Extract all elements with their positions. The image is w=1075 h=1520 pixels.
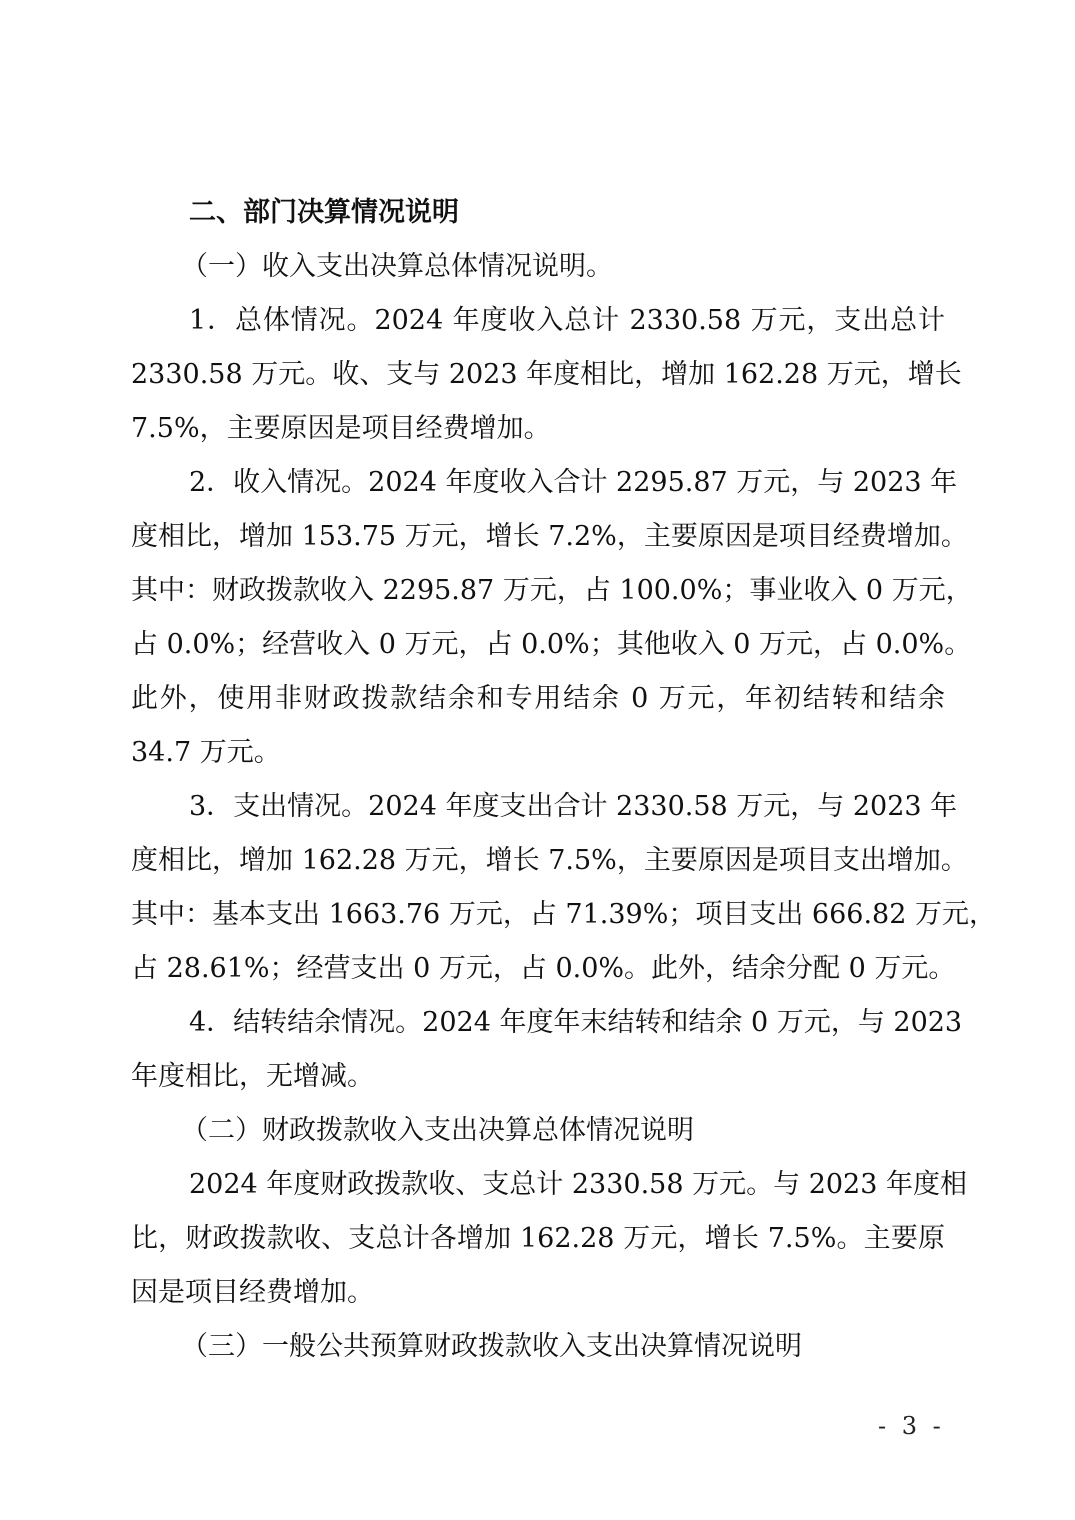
text-line: 2024 年度财政拨款收、支总计 2330.58 万元。与 2023 年度相 bbox=[131, 1158, 945, 1212]
paragraph-expenditure: 3．支出情况。2024 年度支出合计 2330.58 万元，与 2023 年 度… bbox=[131, 780, 945, 996]
text-line: 其中：财政拨款收入 2295.87 万元，占 100.0%；事业收入 0 万元， bbox=[131, 564, 945, 618]
text-line: 34.7 万元。 bbox=[131, 726, 945, 780]
text-line: 2330.58 万元。收、支与 2023 年度相比，增加 162.28 万元，增… bbox=[131, 348, 945, 402]
paragraph-income: 2．收入情况。2024 年度收入合计 2295.87 万元，与 2023 年 度… bbox=[131, 456, 945, 780]
text-line: 其中：基本支出 1663.76 万元，占 71.39%；项目支出 666.82 … bbox=[131, 888, 945, 942]
subsection-title-1: （一）收入支出决算总体情况说明。 bbox=[131, 240, 945, 294]
paragraph-overall: 1．总体情况。2024 年度收入总计 2330.58 万元，支出总计 2330.… bbox=[131, 294, 945, 456]
text-line: 2．收入情况。2024 年度收入合计 2295.87 万元，与 2023 年 bbox=[131, 456, 945, 510]
text-line: 比，财政拨款收、支总计各增加 162.28 万元，增长 7.5%。主要原 bbox=[131, 1212, 945, 1266]
subsection-title-2: （二）财政拨款收入支出决算总体情况说明 bbox=[131, 1104, 945, 1158]
text-line: 年度相比，无增减。 bbox=[131, 1050, 945, 1104]
text-line: 占 28.61%；经营支出 0 万元，占 0.0%。此外，结余分配 0 万元。 bbox=[131, 942, 945, 996]
text-line: 7.5%，主要原因是项目经费增加。 bbox=[131, 402, 945, 456]
document-page: 二、部门决算情况说明 （一）收入支出决算总体情况说明。 1．总体情况。2024 … bbox=[131, 186, 945, 1374]
text-line: 4．结转结余情况。2024 年度年末结转和结余 0 万元，与 2023 bbox=[131, 996, 945, 1050]
text-line: 占 0.0%；经营收入 0 万元，占 0.0%；其他收入 0 万元，占 0.0%… bbox=[131, 618, 945, 672]
text-line: 因是项目经费增加。 bbox=[131, 1266, 945, 1320]
text-line: 此外，使用非财政拨款结余和专用结余 0 万元，年初结转和结余 bbox=[131, 672, 945, 726]
paragraph-carryover: 4．结转结余情况。2024 年度年末结转和结余 0 万元，与 2023 年度相比… bbox=[131, 996, 945, 1104]
text-line: 3．支出情况。2024 年度支出合计 2330.58 万元，与 2023 年 bbox=[131, 780, 945, 834]
text-line: 度相比，增加 162.28 万元，增长 7.5%，主要原因是项目支出增加。 bbox=[131, 834, 945, 888]
text-line: 1．总体情况。2024 年度收入总计 2330.58 万元，支出总计 bbox=[131, 294, 945, 348]
subsection-title-3: （三）一般公共预算财政拨款收入支出决算情况说明 bbox=[131, 1320, 945, 1374]
section-heading: 二、部门决算情况说明 bbox=[131, 186, 945, 240]
paragraph-fiscal-appropriation: 2024 年度财政拨款收、支总计 2330.58 万元。与 2023 年度相 比… bbox=[131, 1158, 945, 1320]
text-line: 度相比，增加 153.75 万元，增长 7.2%，主要原因是项目经费增加。 bbox=[131, 510, 945, 564]
page-number: - 3 - bbox=[878, 1412, 945, 1440]
